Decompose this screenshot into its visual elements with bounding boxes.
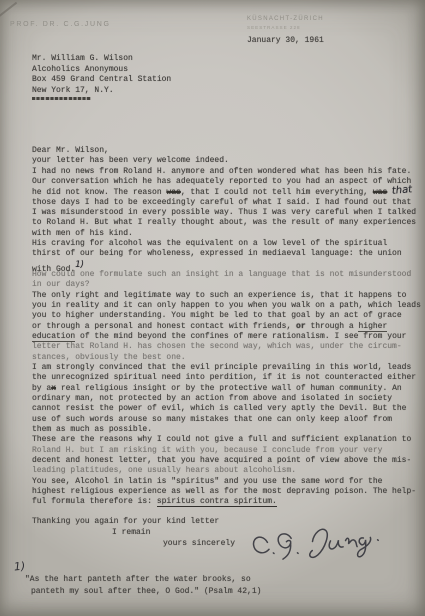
- address-underline: [32, 97, 91, 100]
- letter-text: highest religious experience as well as …: [32, 487, 416, 496]
- letter-line: in our days?: [32, 280, 424, 290]
- letter-line: decent and honest letter, that you have …: [32, 456, 424, 466]
- letter-text: of the mind beyond the confines of mere …: [75, 332, 406, 341]
- letter-text: you to higher understanding. You might b…: [32, 311, 402, 320]
- letter-text: or through a personal and honest contact…: [32, 322, 296, 331]
- letter-text: decent and honest letter, that you have …: [32, 456, 411, 465]
- letter-text: I was misunderstood in every possible wa…: [32, 208, 416, 217]
- letter-line: These are the reasons why I could not gi…: [32, 435, 424, 445]
- letterhead-city: KÜSNACHT-ZÜRICH: [247, 16, 324, 22]
- letter-text-ul: education: [32, 332, 75, 342]
- letter-text: he did not know. The reason: [32, 188, 166, 197]
- letter-text: The only right and legitimate way to suc…: [32, 291, 406, 300]
- letter-text: thirst of our being for wholeness, expre…: [32, 249, 402, 258]
- letter-text: by a: [32, 384, 51, 393]
- letter-line: ordinary man, not protected by an action…: [32, 394, 424, 404]
- letter-line: education of the mind beyond the confine…: [32, 332, 424, 342]
- letter-line: I was misunderstood in every possible wa…: [32, 208, 424, 218]
- letter-line: you in reality and it can only happen to…: [32, 301, 424, 311]
- letter-line: them as much as possible.: [32, 425, 424, 435]
- letter-text-boldx: or: [296, 322, 306, 331]
- letter-line: Dear Mr. Wilson,: [32, 146, 424, 156]
- letter-text: use of such words arouse so many mistake…: [32, 415, 392, 424]
- scan-crease-mark: [0, 2, 17, 18]
- signature-cg-jung: [248, 516, 388, 578]
- letterhead-sender-name: PROF. DR. C.G.JUNG: [10, 21, 111, 28]
- letter-line: Roland H. but I am risking it with you, …: [32, 446, 424, 456]
- letter-text: those days I had to be exceedingly caref…: [32, 198, 411, 207]
- footnote-line-1: "As the hart panteth after the water bro…: [25, 575, 251, 584]
- letter-text: through a: [306, 322, 359, 331]
- letter-text: I had no news from Roland H. anymore and…: [32, 167, 411, 176]
- letter-line: How could one formulate such an insight …: [32, 270, 424, 280]
- closing-remain-line: I remain: [112, 528, 150, 537]
- letter-text: His craving for alcohol was the equivale…: [32, 239, 387, 248]
- letter-text: with men of his kind.: [32, 229, 133, 238]
- closing-sincerely-line: yours sincerely: [163, 539, 235, 548]
- letter-line: letter that Roland H. has chosen the sec…: [32, 342, 424, 352]
- letter-line: those days I had to be exceedingly caref…: [32, 198, 424, 208]
- letter-text: ful formula therefore is:: [32, 497, 157, 506]
- letter-text: your letter has been very welcome indeed…: [32, 156, 229, 165]
- footnote-line-2: panteth my soul after thee, O God." (Psa…: [31, 587, 261, 596]
- footnote-reference-mark: 1): [13, 560, 25, 574]
- letter-text: How could one formulate such an insight …: [32, 270, 411, 279]
- letter-text: Roland H. but I am risking it with you, …: [32, 446, 382, 455]
- letter-date: January 30, 1961: [247, 36, 324, 45]
- letter-line: I am strongly convinced that the evil pr…: [32, 363, 424, 373]
- letter-text: Our conversation which he has adequately…: [32, 177, 411, 186]
- letter-text-ulb: spiritus contra spiritum.: [157, 497, 277, 507]
- letter-line: your letter has been very welcome indeed…: [32, 156, 424, 166]
- letter-text: letter that Roland H. has chosen the sec…: [32, 342, 402, 351]
- recipient-address-block: Mr. William G. WilsonAlcoholics Anonymou…: [32, 54, 171, 96]
- letter-text-xout: was: [373, 188, 387, 197]
- letter-line: I had no news from Roland H. anymore and…: [32, 167, 424, 177]
- letter-text: to Roland H. But what I really thought a…: [32, 218, 416, 227]
- signature-strokes: [248, 516, 388, 578]
- recipient-address-line: New York 17, N.Y.: [32, 86, 171, 97]
- letter-text: cannot resist the power of evil, which i…: [32, 404, 406, 413]
- letter-text-hand: that: [392, 185, 413, 197]
- letter-line: stances, obviously the best one.: [32, 353, 424, 363]
- letter-line: with men of his kind.: [32, 229, 424, 239]
- letter-line: by ax real religious insight or by the p…: [32, 384, 424, 394]
- letterhead-street: SEESTRASSE 228: [247, 25, 301, 30]
- letter-text: you in reality and it can only happen to…: [32, 301, 421, 310]
- letter-line: cannot resist the power of evil, which i…: [32, 404, 424, 414]
- letter-line: highest religious experience as well as …: [32, 487, 424, 497]
- letter-body: Dear Mr. Wilson,your letter has been ver…: [32, 146, 424, 507]
- letter-text: stances, obviously the best one.: [32, 353, 186, 362]
- letter-line: thirst of our being for wholeness, expre…: [32, 249, 424, 259]
- letter-text: I am strongly convinced that the evil pr…: [32, 363, 411, 372]
- letter-line: leading platitudes, one usually hears ab…: [32, 466, 424, 476]
- letter-line: you to higher understanding. You might b…: [32, 311, 424, 321]
- closing-thanks-line: Thanking you again for your kind letter: [32, 517, 219, 526]
- letter-text-xout: was: [166, 188, 180, 197]
- letter-text: These are the reasons why I could not gi…: [32, 435, 411, 444]
- letter-text-ul: higher: [358, 322, 387, 332]
- letter-line: he did not know. The reason was, that I …: [32, 187, 424, 197]
- recipient-address-line: Box 459 Grand Central Station: [32, 75, 171, 86]
- recipient-address-line: Mr. William G. Wilson: [32, 54, 171, 65]
- letter-line: to Roland H. But what I really thought a…: [32, 218, 424, 228]
- letter-line: or through a personal and honest contact…: [32, 322, 424, 332]
- letter-line: Our conversation which he has adequately…: [32, 177, 424, 187]
- letter-line: His craving for alcohol was the equivale…: [32, 239, 424, 249]
- letter-text: Dear Mr. Wilson,: [32, 146, 109, 155]
- letter-text: You see, Alcohol in latin is "spiritus" …: [32, 477, 382, 486]
- letter-text: them as much as possible.: [32, 425, 152, 434]
- letter-text: leading platitudes, one usually hears ab…: [32, 466, 296, 475]
- letter-text: real religious insight or by the protect…: [56, 384, 402, 393]
- letter-line: ful formula therefore is: spiritus contr…: [32, 497, 424, 507]
- letter-line: use of such words arouse so many mistake…: [32, 415, 424, 425]
- letter-line: The only right and legitimate way to suc…: [32, 291, 424, 301]
- letter-text-handsup: 1): [75, 260, 84, 270]
- scanned-letter-page: PROF. DR. C.G.JUNG KÜSNACHT-ZÜRICH SEEST…: [0, 0, 425, 616]
- recipient-address-line: Alcoholics Anonymous: [32, 65, 171, 76]
- letter-line: You see, Alcohol in latin is "spiritus" …: [32, 477, 424, 487]
- letter-text: ordinary man, not protected by an action…: [32, 394, 392, 403]
- letter-text: in our days?: [32, 280, 90, 289]
- letter-text: the unrecognized spiritual need into per…: [32, 373, 416, 382]
- letter-text: , that I could not tell him everything,: [181, 188, 373, 197]
- letter-line: the unrecognized spiritual need into per…: [32, 373, 424, 383]
- letter-line: with God.1): [32, 260, 424, 270]
